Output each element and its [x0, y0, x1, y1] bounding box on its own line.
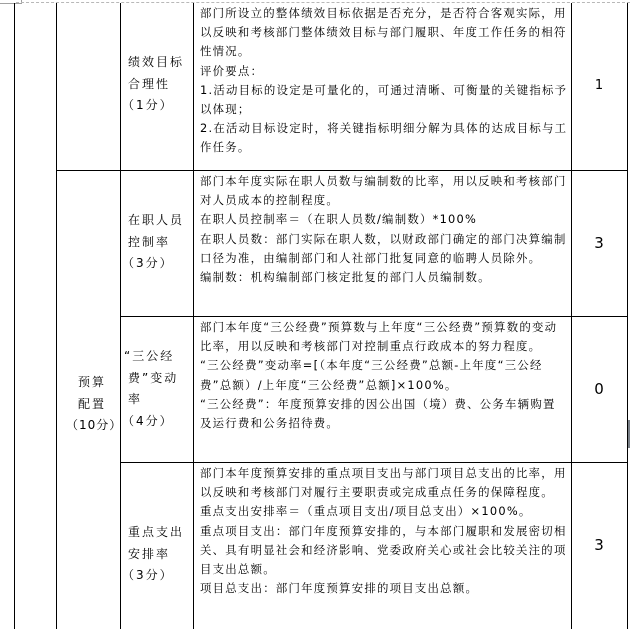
score-value: 1 [572, 78, 626, 93]
table-border-outer-left [14, 3, 15, 629]
table-border-right [627, 3, 628, 629]
category-name-line: 配置 [66, 394, 118, 416]
description-paragraph: 重点项目支出：部门年度预算安排的，与本部门履职和发展密切相关、具有明显社会和经济… [200, 522, 568, 580]
indicator-name: 在职人员 控制率 （3分） [128, 210, 190, 275]
indicator-description[interactable]: 部门本年度预算安排的重点项目支出与部门项目总支出的比率，用以反映和考核部门对履行… [200, 464, 568, 598]
score-value: 0 [572, 380, 626, 398]
category-cell: 预算 配置 （10分） [66, 372, 118, 437]
indicator-points: （1分） [122, 95, 190, 117]
description-paragraph: 部门本年度实际在职人员数与编制数的比率，用以反映和考核部门对人员成本的控制程度。 [200, 172, 568, 210]
indicator-points: （3分） [122, 253, 190, 275]
description-paragraph: 1.活动目标的设定是可量化的，可通过清晰、可衡量的关键指标予以体现； [200, 81, 568, 119]
table-col-divider-1 [56, 3, 57, 629]
indicator-name: “三公经 费”变动 率 （4分） [128, 346, 190, 432]
indicator-description[interactable]: 部门本年度实际在职人员数与编制数的比率，用以反映和考核部门对人员成本的控制程度。… [200, 172, 568, 287]
description-paragraph: 部门本年度“三公经费”预算数与上年度“三公经费”预算数的变动比率，用以反映和考核… [200, 318, 568, 356]
description-paragraph: 在职人员控制率＝（在职人员数/编制数）*100% [200, 210, 568, 229]
indicator-name-line: 在职人员 [128, 210, 190, 232]
description-paragraph: 评价要点： [200, 62, 568, 81]
indicator-description[interactable]: 部门所设立的整体绩效目标依据是否充分，是否符合客观实际，用以反映和考核部门整体绩… [200, 4, 568, 158]
indicator-description[interactable]: 部门本年度“三公经费”预算数与上年度“三公经费”预算数的变动比率，用以反映和考核… [200, 318, 568, 433]
description-paragraph: “三公经费”变动率=[（本年度“三公经费”总额-上年度“三公经费”总额）/上年度… [200, 356, 568, 394]
score-value: 3 [572, 536, 626, 554]
category-name-line: 预算 [66, 372, 118, 394]
description-paragraph: 部门所设立的整体绩效目标依据是否充分，是否符合客观实际，用以反映和考核部门整体绩… [200, 4, 568, 62]
indicator-name-line: 重点支出 [128, 522, 190, 544]
indicator-name-line: 绩效目标 [128, 52, 190, 74]
description-paragraph: 2.在活动目标设定时，将关键指标明细分解为具体的达成目标与工作任务。 [200, 119, 568, 157]
indicator-name-line: 费”变动 [128, 368, 190, 390]
indicator-name-line: 安排率 [128, 544, 190, 566]
indicator-name: 绩效目标 合理性 （1分） [128, 52, 190, 117]
description-paragraph: 部门本年度预算安排的重点项目支出与部门项目总支出的比率，用以反映和考核部门对履行… [200, 464, 568, 502]
indicator-points: （4分） [122, 411, 190, 433]
indicator-name-line: 合理性 [128, 74, 190, 96]
score-value: 3 [572, 234, 626, 252]
category-points: （10分） [66, 415, 118, 437]
page-top-boundary [16, 2, 630, 3]
indicator-name-line: 率 [128, 389, 190, 411]
row-divider-2 [120, 316, 627, 317]
indicator-points: （3分） [122, 565, 190, 587]
description-paragraph: 重点支出安排率＝（重点项目支出/项目总支出）×100%。 [200, 502, 568, 521]
indicator-name: 重点支出 安排率 （3分） [128, 522, 190, 587]
indicator-name-line: “三公经 [124, 346, 190, 368]
description-paragraph: 在职人员数：部门实际在职人数，以财政部门确定的部门决算编制口径为准，由编制部门和… [200, 230, 568, 268]
indicator-name-line: 控制率 [128, 232, 190, 254]
description-paragraph: 项目总支出：部门年度预算安排的项目支出总额。 [200, 579, 568, 598]
row-divider-1 [56, 170, 627, 171]
description-paragraph: “三公经费”：年度预算安排的因公出国（境）费、公务车辆购置及运行费和公务招待费。 [200, 395, 568, 433]
row-divider-3 [120, 462, 627, 463]
description-paragraph: 编制数：机构编制部门核定批复的部门人员编制数。 [200, 268, 568, 287]
